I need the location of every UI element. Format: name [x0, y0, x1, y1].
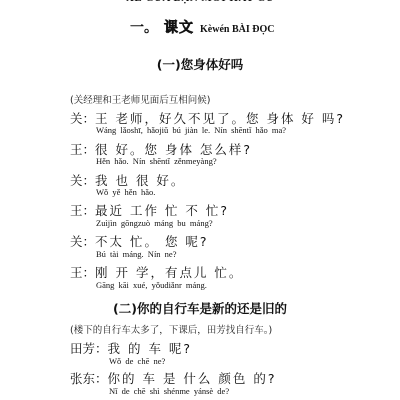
section-2-note: (楼下的自行车太多了，下课后，田芳找自行车。)	[70, 322, 272, 336]
speaker: 王：	[70, 265, 95, 280]
speaker: 王：	[70, 142, 95, 157]
pinyin-text: Wǒ de chē ne?	[109, 356, 165, 366]
lesson-heading: 一。 课文 Kèwén BÀI ĐỌC	[130, 17, 274, 37]
chinese-text: 我 也 很 好。	[95, 173, 185, 188]
pinyin-text: Wǒ yě hěn hǎo.	[96, 187, 155, 197]
dialogue-line: 王：最近 工作 忙 不 忙?	[70, 200, 229, 219]
chinese-text: 王 老师，好久不见了。您 身体 好 吗?	[95, 111, 345, 126]
chinese-text: 很 好。您 身体 怎么样?	[95, 142, 252, 157]
dialogue-line: 张东：你的 车 是 什么 颜色 的?	[70, 368, 277, 387]
chinese-text: 不太 忙。 您 呢?	[95, 234, 209, 249]
speaker: 张东：	[70, 371, 108, 386]
section-1-note: (关经理和王老师见面后互相问候)	[70, 92, 210, 106]
dialogue-line: 田芳：我 的 车 呢?	[70, 338, 192, 357]
dialogue-line: 王：刚 开 学，有点儿 忙。	[70, 262, 243, 281]
pinyin-text: Nǐ de chē shì shénme yánsè de?	[109, 386, 229, 396]
speaker: 王：	[70, 203, 95, 218]
page-top-title: XE CỦA BẠN MỚI HAY CŨ	[0, 0, 400, 4]
speaker: 田芳：	[70, 341, 108, 356]
chinese-text: 刚 开 学，有点儿 忙。	[95, 265, 243, 280]
section-2-title: (二)你的自行车是新的还是旧的	[0, 299, 400, 317]
dialogue-line: 关：不太 忙。 您 呢?	[70, 231, 209, 250]
pinyin-text: Hěn hǎo. Nín shēntǐ zěnmeyàng?	[96, 156, 217, 166]
pinyin-text: Gāng kāi xué, yǒudiǎnr máng.	[96, 280, 207, 290]
kewen-label: Kèwén BÀI ĐỌC	[200, 24, 274, 35]
pinyin-text: Zuìjìn gōngzuò máng bu máng?	[96, 218, 213, 228]
chinese-text: 我 的 车 呢?	[108, 341, 193, 356]
pinyin-text: Bú tài máng. Nín ne?	[96, 249, 176, 259]
lesson-number: 一。	[130, 17, 158, 37]
kewen-chinese: 课文	[164, 17, 194, 37]
chinese-text: 你的 车 是 什么 颜色 的?	[108, 371, 277, 386]
speaker: 关：	[70, 111, 95, 126]
pinyin-text: Wáng lǎoshī, hǎojiǔ bú jiàn le. Nín shēn…	[96, 125, 286, 135]
speaker: 关：	[70, 234, 95, 249]
section-1-title: (一)您身体好吗	[0, 55, 400, 73]
speaker: 关：	[70, 173, 95, 188]
chinese-text: 最近 工作 忙 不 忙?	[95, 203, 229, 218]
